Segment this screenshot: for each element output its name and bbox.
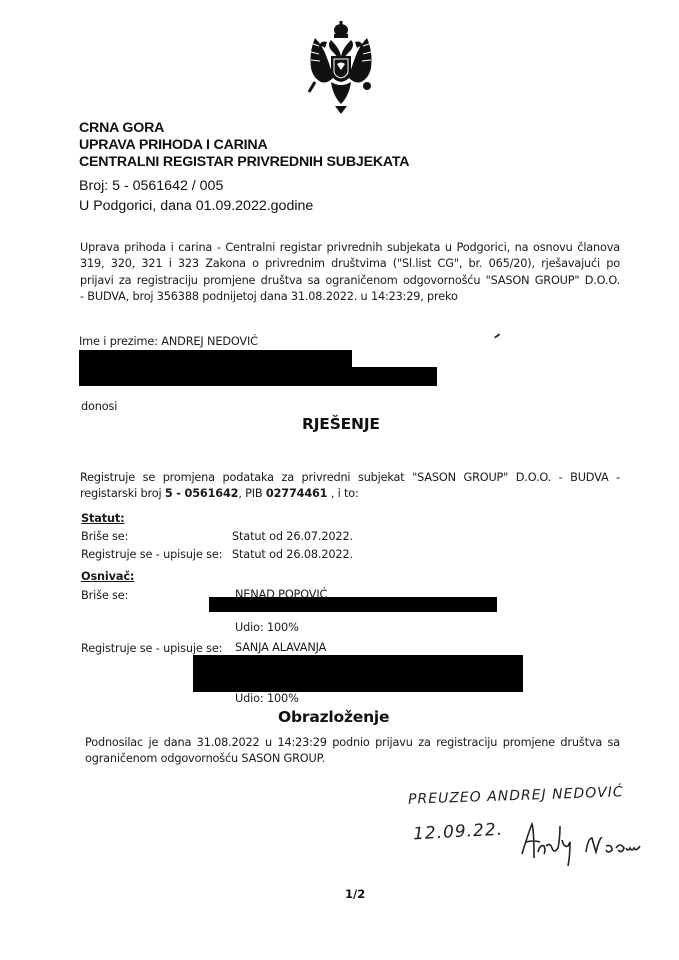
- applicant-name: Ime i prezime: ANDREJ NEDOVIĆ: [79, 335, 258, 348]
- registration-number: 5 - 0561642: [165, 487, 238, 500]
- decision-line-2: registarski broj 5 - 0561642, PIB 027744…: [80, 486, 620, 502]
- decision-line: Registruje se promjena podataka za privr…: [80, 470, 620, 486]
- header-authority: UPRAVA PRIHODA I CARINA: [79, 137, 268, 154]
- redaction-box: [79, 367, 437, 386]
- founder-removed-share: Udio: 100%: [235, 621, 299, 634]
- decision-paragraph: Registruje se promjena podataka za privr…: [80, 470, 620, 503]
- pen-mark: [494, 333, 500, 338]
- header-country: CRNA GORA: [79, 120, 164, 137]
- page-number: 1/2: [345, 887, 365, 901]
- statut-add-value: Statut od 26.08.2022.: [232, 548, 353, 561]
- reasoning-line: Podnosilac je dana 31.08.2022 u 14:23:29…: [85, 735, 620, 751]
- handwritten-date: 12.09.22.: [413, 820, 504, 845]
- signature: [520, 812, 650, 872]
- statut-remove-value: Statut od 26.07.2022.: [232, 530, 353, 543]
- reasoning-title: Obrazloženje: [278, 708, 389, 726]
- founder-heading: Osnivač:: [81, 570, 134, 583]
- i-to-label: , i to:: [327, 487, 358, 500]
- document-number: Broj: 5 - 0561642 / 005: [79, 176, 223, 196]
- handwritten-received-by: PREUZEO ANDREJ NEDOVIĆ: [408, 784, 624, 808]
- signature-icon: [520, 812, 650, 872]
- intro-line: 319, 320, 321 i 323 Zakona o privrednim …: [80, 256, 620, 272]
- founder-add-label: Registruje se - upisuje se:: [81, 642, 222, 655]
- reg-number-label: registarski broj: [80, 487, 165, 500]
- founder-added-share: Udio: 100%: [235, 692, 299, 705]
- redaction-box: [209, 597, 497, 612]
- intro-line: prijavi za registraciju promjene društva…: [80, 273, 620, 289]
- donosi-label: donosi: [81, 400, 117, 413]
- header-registry: CENTRALNI REGISTAR PRIVREDNIH SUBJEKATA: [79, 154, 409, 171]
- founder-remove-label: Briše se:: [81, 589, 128, 602]
- reasoning-line: ograničenom odgovornošću SASON GROUP.: [85, 751, 620, 767]
- intro-line: Uprava prihoda i carina - Centralni regi…: [80, 240, 620, 256]
- coat-of-arms-emblem: [301, 20, 381, 115]
- place-and-date: U Podgorici, dana 01.09.2022.godine: [79, 196, 313, 216]
- statut-remove-label: Briše se:: [81, 530, 128, 543]
- statut-add-label: Registruje se - upisuje se:: [81, 548, 222, 561]
- intro-line: - BUDVA, broj 356388 podnijetoj dana 31.…: [80, 289, 620, 305]
- statut-heading: Statut:: [81, 512, 124, 525]
- founder-added-name: SANJA ALAVANJA: [235, 641, 326, 654]
- reasoning-paragraph: Podnosilac je dana 31.08.2022 u 14:23:29…: [85, 735, 620, 768]
- montenegro-coat-of-arms-icon: [301, 20, 381, 115]
- intro-paragraph: Uprava prihoda i carina - Centralni regi…: [80, 240, 620, 305]
- redaction-box: [193, 655, 523, 692]
- pib-label: , PIB: [238, 487, 266, 500]
- pib-number: 02774461: [266, 487, 327, 500]
- decision-title: RJEŠENJE: [302, 415, 380, 433]
